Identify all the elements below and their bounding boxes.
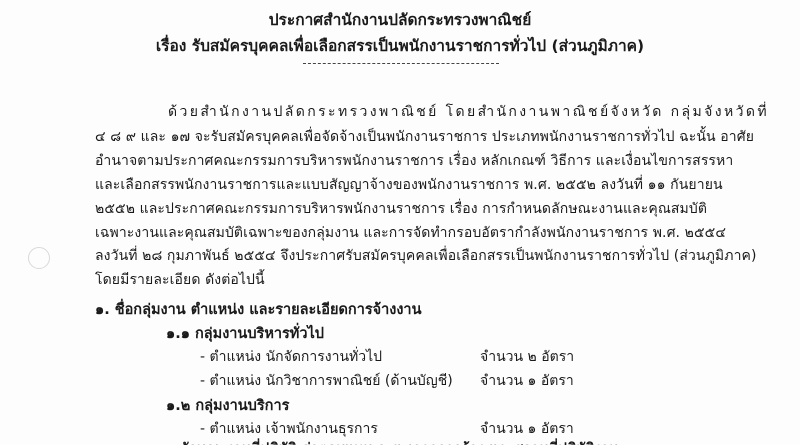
position-commerce-academic-count: จำนวน ๑ อัตรา: [480, 370, 574, 392]
position-general-admin-count: จำนวน ๒ อัตรา: [480, 346, 574, 368]
paragraph-line-7: ลงวันที่ ๒๘ กุมภาพันธ์ ๒๕๕๔ จึงประกาศรับ…: [95, 245, 745, 267]
scanned-document-page: ประกาศสำนักงานปลัดกระทรวงพาณิชย์ เรื่อง …: [0, 0, 800, 445]
position-admin-officer: - ตำแหน่ง เจ้าพนักงานธุรการ: [200, 418, 378, 440]
paragraph-line-8: โดยมีรายละเอียด ดังต่อไปนี้: [95, 269, 745, 291]
paragraph-line-5: ๒๕๕๒ และประกาศคณะกรรมการบริหารพนักงานราช…: [95, 198, 745, 220]
partial-cut-off-line: ลักษณะงานที่ปฏิบัติ ค่าตอบแทน ระยะเวลากา…: [180, 438, 740, 445]
position-general-admin: - ตำแหน่ง นักจัดการงานทั่วไป: [200, 346, 382, 368]
paragraph-line-1: ด้วยสำนักงานปลัดกระทรวงพาณิชย์ โดยสำนักง…: [168, 101, 745, 123]
paragraph-line-4: และเลือกสรรพนักงานราชการและแบบสัญญาจ้างข…: [95, 174, 745, 196]
section-1-heading: ๑. ชื่อกลุ่มงาน ตำแหน่ง และรายละเอียดการ…: [95, 298, 421, 321]
paragraph-line-3: อำนาจตามประกาศคณะกรรมการบริหารพนักงานราช…: [95, 150, 745, 172]
paragraph-line-2: ๔ ๘ ๙ และ ๑๗ จะรับสมัครบุคคลเพื่อจัดจ้าง…: [95, 126, 745, 148]
punch-hole-mark: [28, 247, 50, 269]
position-admin-officer-count: จำนวน ๑ อัตรา: [480, 418, 574, 440]
group-1-2-heading: ๑.๒ กลุ่มงานบริการ: [166, 394, 289, 417]
document-subject: เรื่อง รับสมัครบุคคลเพื่อเลือกสรรเป็นพนั…: [0, 33, 800, 58]
position-commerce-academic: - ตำแหน่ง นักวิชาการพาณิชย์ (ด้านบัญชี): [200, 370, 453, 392]
paragraph-line-6: เฉพาะงานและคุณสมบัติเฉพาะของกลุ่มงาน และ…: [95, 222, 745, 244]
title-divider: [303, 63, 499, 64]
group-1-1-heading: ๑.๑ กลุ่มงานบริหารทั่วไป: [166, 322, 324, 345]
document-title: ประกาศสำนักงานปลัดกระทรวงพาณิชย์: [0, 7, 800, 32]
